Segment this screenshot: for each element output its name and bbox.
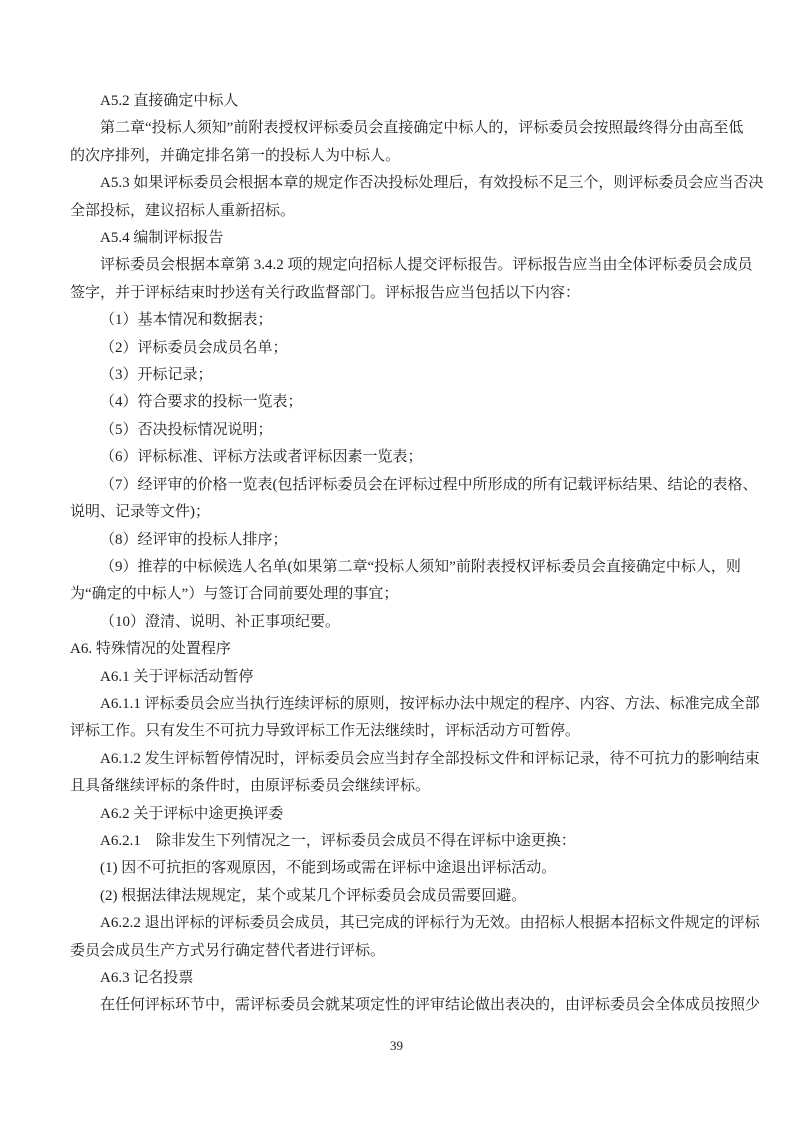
paragraph-line: 第二章“投标人须知”前附表授权评标委员会直接确定中标人的，评标委员会按照最终得分…: [70, 115, 753, 142]
paragraph-line: 在任何评标环节中，需评标委员会就某项定性的评审结论做出表决的，由评标委员会全体成…: [70, 992, 753, 1019]
list-item-8: （8）经评审的投标人排序；: [70, 527, 753, 554]
list-item-1: （1）基本情况和数据表；: [70, 307, 753, 334]
heading-a6-2: A6.2 关于评标中途更换评委: [70, 801, 753, 828]
list-item-6: （6）评标标准、评标方法或者评标因素一览表；: [70, 444, 753, 471]
paragraph-line: A6.2.2 退出评标的评标委员会成员，其已完成的评标行为无效。由招标人根据本招…: [70, 910, 753, 937]
heading-a6: A6. 特殊情况的处置程序: [70, 636, 753, 663]
heading-a5-2: A5.2 直接确定中标人: [70, 88, 753, 115]
list-item-9: （9）推荐的中标候选人名单(如果第二章“投标人须知”前附表授权评标委员会直接确定…: [70, 554, 753, 581]
paragraph-line: 签字，并于评标结束时抄送有关行政监督部门。评标报告应当包括以下内容：: [70, 280, 753, 307]
list-item-7: （7）经评审的价格一览表(包括评标委员会在评标过程中所形成的所有记载评标结果、结…: [70, 472, 753, 499]
sub-item-1: (1) 因不可抗拒的客观原因，不能到场或需在评标中途退出评标活动。: [70, 855, 753, 882]
paragraph-line: 的次序排列，并确定排名第一的投标人为中标人。: [70, 143, 753, 170]
paragraph-line: A6.1.1 评标委员会应当执行连续评标的原则，按评标办法中规定的程序、内容、方…: [70, 691, 753, 718]
heading-a5-4: A5.4 编制评标报告: [70, 225, 753, 252]
paragraph-line: A6.2.1 除非发生下列情况之一，评标委员会成员不得在评标中途更换：: [70, 828, 753, 855]
heading-a6-3: A6.3 记名投票: [70, 965, 753, 992]
list-item-10: （10）澄清、说明、补正事项纪要。: [70, 609, 753, 636]
heading-a6-1: A6.1 关于评标活动暂停: [70, 664, 753, 691]
list-item-3: （3）开标记录；: [70, 362, 753, 389]
document-body: A5.2 直接确定中标人 第二章“投标人须知”前附表授权评标委员会直接确定中标人…: [70, 88, 753, 1020]
page-number: 39: [0, 1036, 793, 1056]
paragraph-line: 评标工作。只有发生不可抗力导致评标工作无法继续时，评标活动方可暂停。: [70, 718, 753, 745]
list-item-9-continued: 为“确定的中标人”）与签订合同前要处理的事宜；: [70, 581, 753, 608]
document-page: A5.2 直接确定中标人 第二章“投标人须知”前附表授权评标委员会直接确定中标人…: [0, 0, 793, 1122]
paragraph-line: 委员会成员生产方式另行确定替代者进行评标。: [70, 938, 753, 965]
heading-a5-3: A5.3 如果评标委员会根据本章的规定作否决投标处理后，有效投标不足三个，则评标…: [70, 170, 753, 197]
sub-item-2: (2) 根据法律法规规定，某个或某几个评标委员会成员需要回避。: [70, 883, 753, 910]
paragraph-line: 全部投标，建议招标人重新招标。: [70, 198, 753, 225]
list-item-2: （2）评标委员会成员名单；: [70, 335, 753, 362]
list-item-7-continued: 说明、记录等文件)；: [70, 499, 753, 526]
list-item-5: （5）否决投标情况说明；: [70, 417, 753, 444]
list-item-4: （4）符合要求的投标一览表；: [70, 389, 753, 416]
paragraph-line: 评标委员会根据本章第 3.4.2 项的规定向招标人提交评标报告。评标报告应当由全…: [70, 252, 753, 279]
paragraph-line: A6.1.2 发生评标暂停情况时，评标委员会应当封存全部投标文件和评标记录，待不…: [70, 746, 753, 773]
paragraph-line: 且具备继续评标的条件时，由原评标委员会继续评标。: [70, 773, 753, 800]
